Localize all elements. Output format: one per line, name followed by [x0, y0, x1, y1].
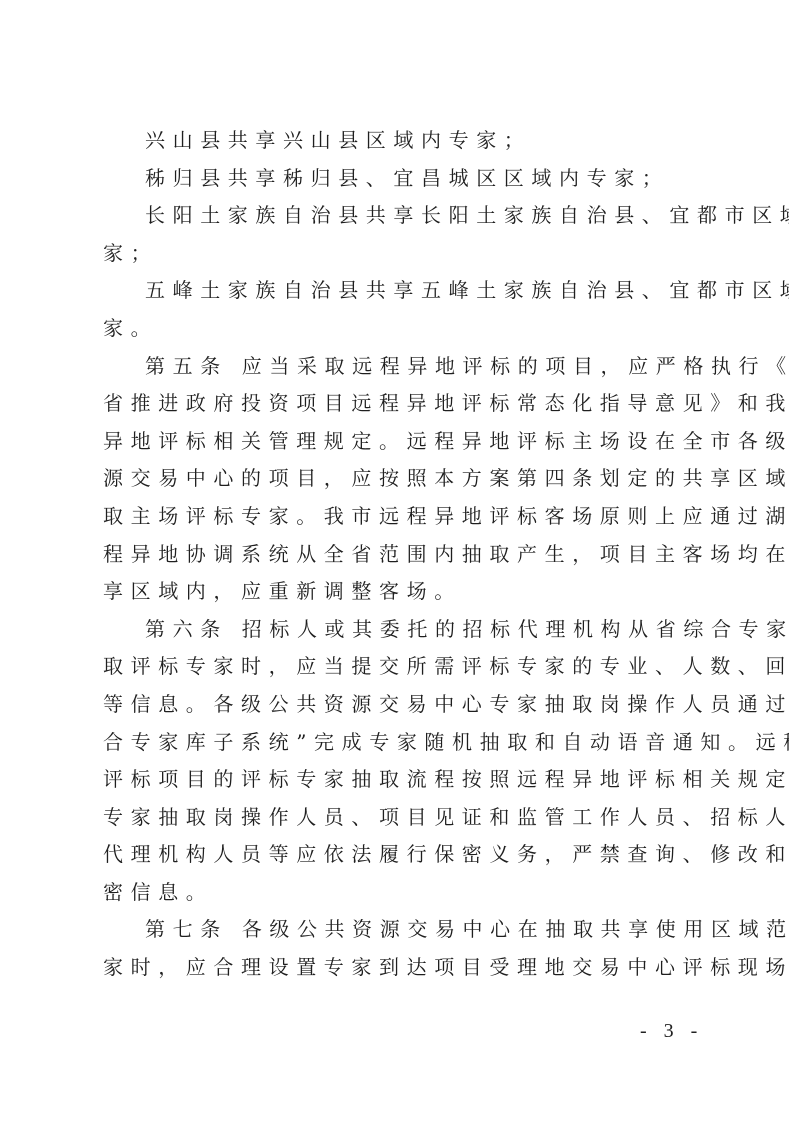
document-page: 兴山县共享兴山县区域内专家； 秭归县共享秭归县、宜昌城区区域内专家； 长阳土家族… [0, 0, 789, 1126]
text-line: 合专家库子系统”完成专家随机抽取和自动语音通知。远程异地 [103, 724, 693, 762]
text-line: 秭归县共享秭归县、宜昌城区区域内专家； [103, 160, 693, 198]
article-5-heading-line: 第五条 应当采取远程异地评标的项目，应严格执行《湖北 [103, 348, 693, 386]
text-line: 五峰土家族自治县共享五峰土家族自治县、宜都市区域内专 [103, 272, 693, 310]
text-line: 家时，应合理设置专家到达项目受理地交易中心评标现场的时 [103, 949, 693, 987]
text-line: 密信息。 [103, 874, 693, 912]
article-6-heading-line: 第六条 招标人或其委托的招标代理机构从省综合专家库抽 [103, 611, 693, 649]
text-line: 兴山县共享兴山县区域内专家； [103, 122, 693, 160]
text-line: 享区域内，应重新调整客场。 [103, 573, 693, 611]
text-line: 异地评标相关管理规定。远程异地评标主场设在全市各级公共资 [103, 423, 693, 461]
text-line: 家； [103, 235, 693, 273]
text-line: 专家抽取岗操作人员、项目见证和监管工作人员、招标人和招标 [103, 799, 693, 837]
page-number: - 3 - [640, 1020, 703, 1043]
text-line: 取评标专家时，应当提交所需评标专家的专业、人数、回避条件 [103, 648, 693, 686]
text-line: 评标项目的评标专家抽取流程按照远程异地评标相关规定执行。 [103, 761, 693, 799]
text-line: 等信息。各级公共资源交易中心专家抽取岗操作人员通过“省综 [103, 686, 693, 724]
text-line: 源交易中心的项目，应按照本方案第四条划定的共享区域范围抽 [103, 460, 693, 498]
text-line: 取主场评标专家。我市远程异地评标客场原则上应通过湖北省远 [103, 498, 693, 536]
text-line: 长阳土家族自治县共享长阳土家族自治县、宜都市区域内专 [103, 197, 693, 235]
text-line: 家。 [103, 310, 693, 348]
document-body: 兴山县共享兴山县区域内专家； 秭归县共享秭归县、宜昌城区区域内专家； 长阳土家族… [103, 122, 693, 987]
article-7-heading-line: 第七条 各级公共资源交易中心在抽取共享使用区域范围专 [103, 911, 693, 949]
text-line: 省推进政府投资项目远程异地评标常态化指导意见》和我市远程 [103, 385, 693, 423]
text-line: 程异地协调系统从全省范围内抽取产生，项目主客场均在同一共 [103, 536, 693, 574]
text-line: 代理机构人员等应依法履行保密义务，严禁查询、修改和泄漏保 [103, 836, 693, 874]
